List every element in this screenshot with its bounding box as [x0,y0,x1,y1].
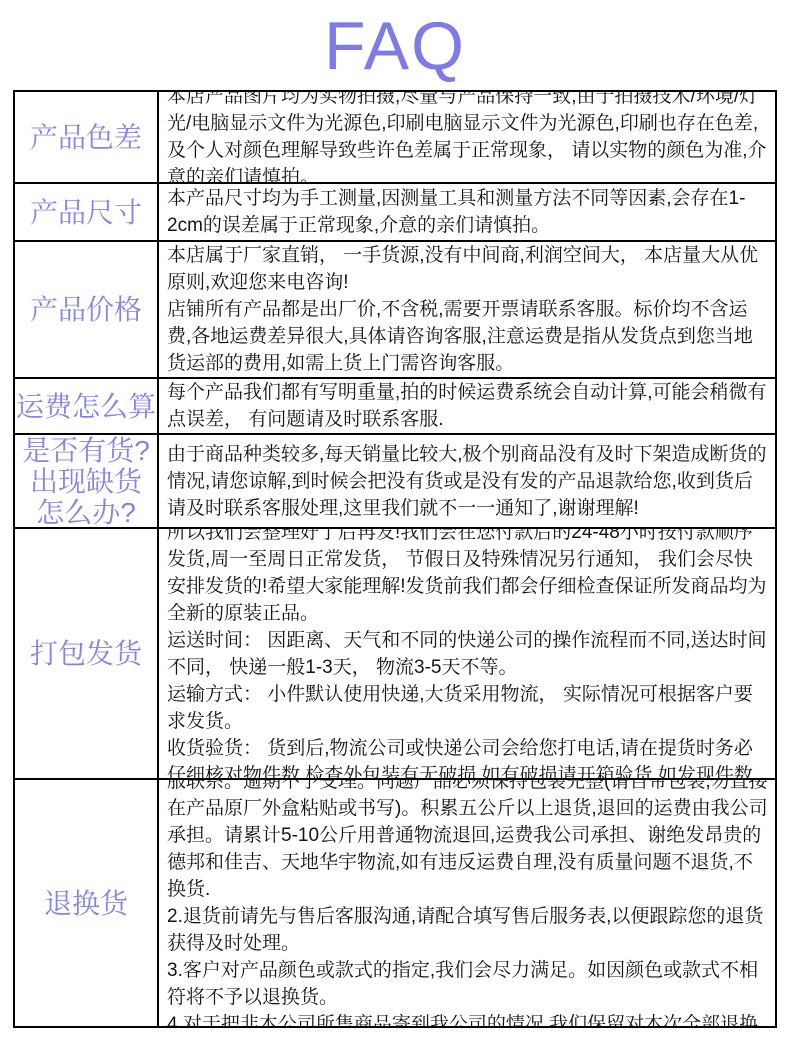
question-cell: 产品色差 [14,91,158,183]
question-text: 是否有货? 出现缺货 怎么办? [15,435,157,527]
answer-text: 发货时间： 因为前面还有很多单要排,而且有很多客户需要补拍,改地址,所以我们会整… [159,529,775,778]
answer-cell: 1.收货7天内(以运单签收日期为准)如发现产品质量问题,请及时与售后客服联系。逾… [158,779,776,1027]
answer-cell: 本店属于厂家直销， 一手货源,没有中间商,利润空间大， 本店量大从优原则,欢迎您… [158,241,776,378]
answer-text: 1.收货7天内(以运单签收日期为准)如发现产品质量问题,请及时与售后客服联系。逾… [159,780,775,1026]
faq-row-size: 产品尺寸 本产品尺寸均为手工测量,因测量工具和测量方法不同等因素,会存在1-2c… [14,183,776,241]
answer-text: 每个产品我们都有写明重量,拍的时候运费系统会自动计算,可能会稍微有点误差， 有问… [159,379,775,433]
question-text: 退换货 [15,780,157,1026]
faq-row-shipping-cost: 运费怎么算 每个产品我们都有写明重量,拍的时候运费系统会自动计算,可能会稍微有点… [14,378,776,434]
question-cell: 打包发货 [14,528,158,779]
answer-text: 本店属于厂家直销， 一手货源,没有中间商,利润空间大， 本店量大从优原则,欢迎您… [159,242,775,377]
faq-row-price: 产品价格 本店属于厂家直销， 一手货源,没有中间商,利润空间大， 本店量大从优原… [14,241,776,378]
answer-text: 本店产品图片均为实物拍摄,尽量与产品保持一致,由于拍摄技术/环境/灯光/电脑显示… [159,92,775,182]
question-text: 产品尺寸 [15,184,157,240]
question-cell: 退换货 [14,779,158,1027]
faq-row-stock: 是否有货? 出现缺货 怎么办? 由于商品种类较多,每天销量比较大,极个别商品没有… [14,434,776,528]
faq-page: FAQ 产品色差 本店产品图片均为实物拍摄,尽量与产品保持一致,由于拍摄技术/环… [0,0,790,1055]
answer-text: 由于商品种类较多,每天销量比较大,极个别商品没有及时下架造成断货的情况,请您谅解… [159,435,775,527]
page-title: FAQ [0,0,790,90]
question-cell: 是否有货? 出现缺货 怎么办? [14,434,158,528]
answer-cell: 发货时间： 因为前面还有很多单要排,而且有很多客户需要补拍,改地址,所以我们会整… [158,528,776,779]
answer-text: 本产品尺寸均为手工测量,因测量工具和测量方法不同等因素,会存在1-2cm的误差属… [159,184,775,240]
faq-row-returns: 退换货 1.收货7天内(以运单签收日期为准)如发现产品质量问题,请及时与售后客服… [14,779,776,1027]
answer-cell: 本产品尺寸均为手工测量,因测量工具和测量方法不同等因素,会存在1-2cm的误差属… [158,183,776,241]
answer-cell: 本店产品图片均为实物拍摄,尽量与产品保持一致,由于拍摄技术/环境/灯光/电脑显示… [158,91,776,183]
question-cell: 产品尺寸 [14,183,158,241]
faq-row-packing-shipping: 打包发货 发货时间： 因为前面还有很多单要排,而且有很多客户需要补拍,改地址,所… [14,528,776,779]
faq-table: 产品色差 本店产品图片均为实物拍摄,尽量与产品保持一致,由于拍摄技术/环境/灯光… [13,90,777,1028]
answer-cell: 由于商品种类较多,每天销量比较大,极个别商品没有及时下架造成断货的情况,请您谅解… [158,434,776,528]
faq-row-color-difference: 产品色差 本店产品图片均为实物拍摄,尽量与产品保持一致,由于拍摄技术/环境/灯光… [14,91,776,183]
question-text: 产品价格 [15,242,157,377]
question-text: 打包发货 [15,529,157,778]
answer-cell: 每个产品我们都有写明重量,拍的时候运费系统会自动计算,可能会稍微有点误差， 有问… [158,378,776,434]
question-cell: 产品价格 [14,241,158,378]
question-text: 运费怎么算 [15,379,157,433]
question-text: 产品色差 [15,92,157,182]
question-cell: 运费怎么算 [14,378,158,434]
